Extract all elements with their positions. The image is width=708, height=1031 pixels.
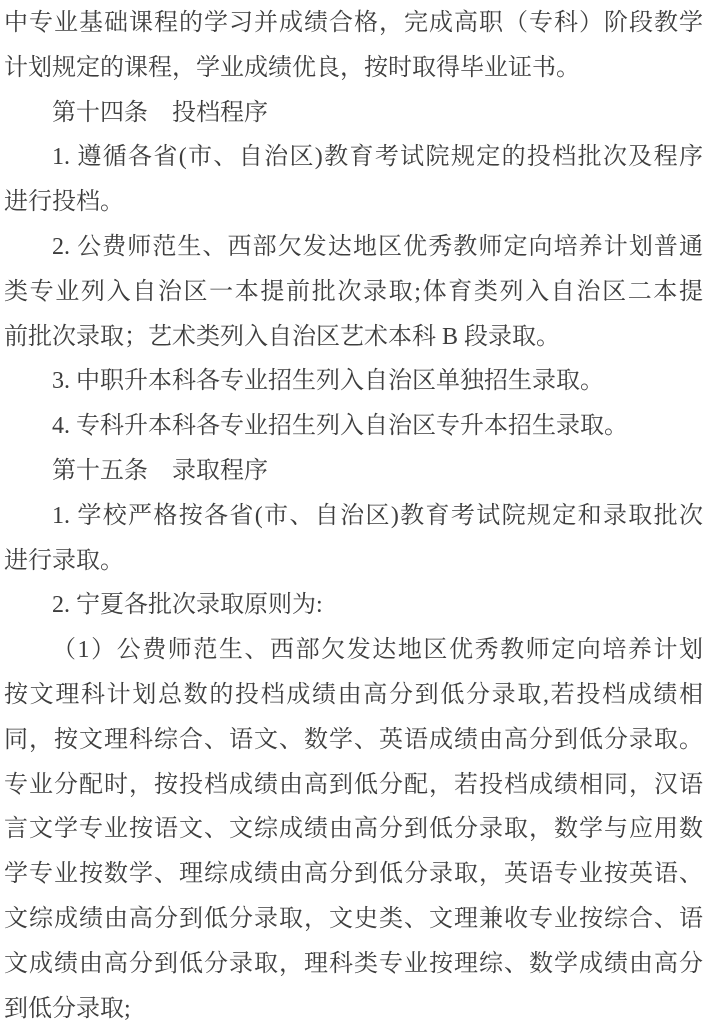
text-line: 前批次录取；艺术类列入自治区艺术本科 B 段录取。 [4, 315, 703, 360]
list-item-line: 3. 中职升本科各专业招生列入自治区单独招生录取。 [4, 359, 703, 404]
list-item-line: 4. 专科升本科各专业招生列入自治区专升本招生录取。 [4, 404, 703, 449]
document-page: 中专业基础课程的学习并成绩合格，完成高职（专科）阶段教学 计划规定的课程，学业成… [0, 0, 708, 1031]
text-line: 文综成绩由高分到低分录取，文史类、文理兼收专业按综合、语 [4, 897, 703, 942]
section-heading: 第十五条 录取程序 [4, 449, 703, 494]
section-heading: 第十四条 投档程序 [4, 91, 703, 136]
list-item-line: 2. 宁夏各批次录取原则为: [4, 583, 703, 628]
list-item-line: 2. 公费师范生、西部欠发达地区优秀教师定向培养计划普通 [4, 225, 703, 270]
text-line: 进行录取。 [4, 539, 703, 584]
list-item-line: 1. 学校严格按各省(市、自治区)教育考试院规定和录取批次 [4, 494, 703, 539]
text-line: 同，按文理科综合、语文、数学、英语成绩由高分到低分录取。 [4, 718, 703, 763]
text-line: 到低分录取; [4, 987, 703, 1031]
text-line: 按文理科计划总数的投档成绩由高分到低分录取,若投档成绩相 [4, 673, 703, 718]
text-line: 进行投档。 [4, 180, 703, 225]
text-line: 中专业基础课程的学习并成绩合格，完成高职（专科）阶段教学 [4, 1, 703, 46]
list-item-line: （1）公费师范生、西部欠发达地区优秀教师定向培养计划 [4, 628, 703, 673]
text-line: 文成绩由高分到低分录取，理科类专业按理综、数学成绩由高分 [4, 942, 703, 987]
text-line: 专业分配时，按投档成绩由高到低分配，若投档成绩相同，汉语 [4, 763, 703, 808]
text-line: 计划规定的课程，学业成绩优良，按时取得毕业证书。 [4, 46, 703, 91]
list-item-line: 1. 遵循各省(市、自治区)教育考试院规定的投档批次及程序 [4, 135, 703, 180]
text-line: 类专业列入自治区一本提前批次录取;体育类列入自治区二本提 [4, 270, 703, 315]
text-line: 言文学专业按语文、文综成绩由高分到低分录取，数学与应用数 [4, 807, 703, 852]
text-line: 学专业按数学、理综成绩由高分到低分录取，英语专业按英语、 [4, 852, 703, 897]
